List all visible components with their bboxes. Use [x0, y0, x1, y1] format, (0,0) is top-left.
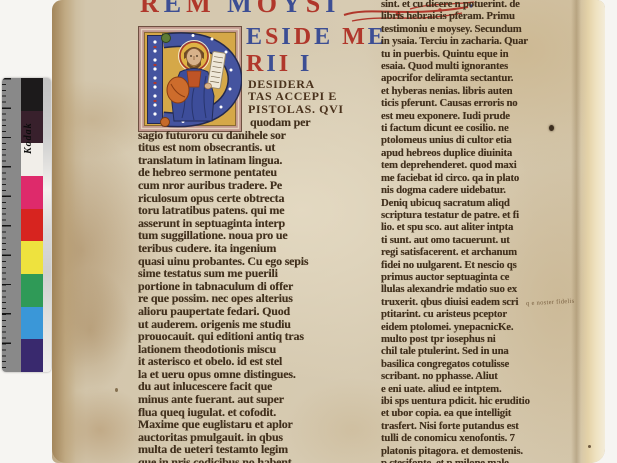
text-line: titus est nom obsecrantis. ut — [138, 141, 366, 154]
display-letter: E — [164, 0, 186, 18]
display-capitals: ESIDE ME RII I — [246, 24, 387, 78]
color-patch — [21, 241, 43, 274]
text-line: me faciebat id circo. qa in plato — [381, 172, 573, 184]
display-letter: S — [306, 0, 325, 18]
text-line: sime testatus sum me puerili — [138, 267, 366, 280]
text-line: libris hebraicis pferam. Primu — [381, 10, 573, 22]
text-line: ticis pferunt. Causas erroris no — [381, 97, 573, 109]
display-letter: I — [325, 0, 340, 18]
text-line: chil tale ptulerint. Sed in una — [381, 345, 573, 357]
text-line: esaia. Quod multi ignorantes — [381, 60, 573, 72]
uncial-line: PISTOLAS. QVI — [248, 103, 344, 115]
display-letter: Y — [282, 0, 306, 18]
text-line: ibi sps uentura pdicit. hic eruditio — [381, 395, 573, 407]
text-line: alioru paupertate fedari. Quod — [138, 305, 366, 318]
kodak-script-label: Kodak — [23, 84, 34, 154]
display-letter: S — [265, 24, 281, 50]
text-line: et hyberas nenias. libris auten — [381, 85, 573, 97]
text-line: et ubor copia. ea que intelligit — [381, 407, 573, 419]
color-patch — [21, 307, 43, 340]
left-text-column: quodam persagio futuroru cu danihele sor… — [138, 116, 366, 463]
right-text-column: sint. et cu dicere n potuerint. delibris… — [381, 0, 573, 463]
text-line: sint. et cu dicere n potuerint. de — [381, 0, 573, 10]
text-line: testimoniu e moysey. Secundum — [381, 23, 573, 35]
display-capitals-line1: ESIDE ME — [246, 24, 387, 51]
color-patch — [21, 176, 43, 209]
ink-speck — [588, 445, 591, 448]
text-line: Maxime que euglistaru et aplor — [138, 418, 366, 431]
text-line: regi satisfacerent. et archanum — [381, 246, 573, 258]
grayscale-strip — [43, 78, 51, 372]
text-line: tu in puerbis. Quintu eque in — [381, 48, 573, 60]
uncial-line: TAS ACCEPI E — [248, 90, 344, 102]
display-letter: I — [281, 24, 293, 50]
display-letter: M — [227, 0, 257, 18]
color-calibration-bar: Kodak — [2, 78, 51, 372]
display-letter: R — [140, 0, 164, 18]
manuscript-page: REM MOYSI — [52, 0, 605, 463]
text-line: ptolomeus unius di cultor etia — [381, 134, 573, 146]
display-letter: M — [342, 24, 368, 50]
text-line: e eni uate. aliud ee intptem. — [381, 383, 573, 395]
display-letter: O — [257, 0, 282, 18]
text-line: est meu exponere. Iudi prude — [381, 110, 573, 122]
text-line: p ctesifonte. et p milone male — [381, 457, 573, 463]
display-letter: E — [314, 24, 333, 50]
text-line: scribant. no pphasse. Aliut — [381, 370, 573, 382]
text-line: trasfert. Nisi forte putandus est — [381, 420, 573, 432]
text-line: llulas alexandrie mdatio suo ex — [381, 283, 573, 295]
display-letter — [216, 0, 228, 18]
text-line: cum nror auribus tradere. Pe — [138, 179, 366, 192]
text-line: primus auctor septuaginta ce — [381, 271, 573, 283]
uncial-opening-lines: DESIDERATAS ACCEPI EPISTOLAS. QVI — [248, 78, 344, 115]
text-line: apud hebreos duplice diuinita — [381, 147, 573, 159]
text-line: multo post tpr iosephus ni — [381, 333, 573, 345]
display-capitals-line2: RII I — [246, 51, 387, 78]
color-patch — [21, 209, 43, 242]
wormhole — [549, 125, 554, 131]
text-line: tulli de conomicu xenofontis. 7 — [381, 432, 573, 444]
display-letter: R — [246, 51, 266, 77]
text-line: eidem ptolomei. ynepacnicKe. — [381, 321, 573, 333]
display-letter: I — [300, 51, 312, 77]
text-line: in ysaia. Terciu in zacharia. Quar — [381, 35, 573, 47]
ink-speck — [115, 388, 118, 392]
text-line: tem deprehenderet. quod maxi — [381, 159, 573, 171]
text-line: ti factum dicunt ee cosilio. ne — [381, 122, 573, 134]
color-patch — [21, 339, 43, 372]
display-letter: I — [266, 51, 278, 77]
display-letter: M — [186, 0, 216, 18]
torn-left-edge — [52, 0, 76, 463]
color-patch — [21, 274, 43, 307]
text-line: fidei no uulgarent. Et nescio qs — [381, 259, 573, 271]
display-letter: E — [246, 24, 265, 50]
rubric-title-fragment: REM MOYSI — [140, 0, 340, 19]
text-line: lio. et spu sco. aut aliter intpta — [381, 221, 573, 233]
text-line: ptitarint. cu aristeus pceptor — [381, 308, 573, 320]
text-line: ti sunt. aut omo tacuerunt. ut — [381, 234, 573, 246]
text-line: scriptura testatur de patre. et fi — [381, 209, 573, 221]
text-line: quodam per — [138, 116, 366, 129]
text-line: platonis pitagora. et demostenis. — [381, 445, 573, 457]
text-line: apocrifor deliramta sectantur. — [381, 72, 573, 84]
text-line: nis dogma cadere uidebatur. — [381, 184, 573, 196]
page-right-edge — [579, 0, 605, 463]
text-line: que in nris codicibus no habent — [138, 456, 366, 463]
text-line: toru latratibus patens. qui me — [138, 204, 366, 217]
text-line: basilica congregatos cotulisse — [381, 358, 573, 370]
text-line: teribus cudere. ita ingenium — [138, 242, 366, 255]
display-letter — [291, 51, 300, 77]
text-line: minus ante fuerant. aut super — [138, 393, 366, 406]
manuscript-photo: Kodak REM MOYSI — [0, 0, 617, 463]
ruler-ticks — [2, 78, 21, 372]
display-letter: D — [294, 24, 314, 50]
display-letter: I — [279, 51, 291, 77]
display-letter — [333, 24, 342, 50]
ruler-scale — [2, 78, 21, 372]
text-line: prouocauit. qui editioni antiq tras — [138, 330, 366, 343]
text-line: it asterisco et obelo. id est stel — [138, 355, 366, 368]
text-line: Deniq ubicuq sacratum aliqd — [381, 197, 573, 209]
